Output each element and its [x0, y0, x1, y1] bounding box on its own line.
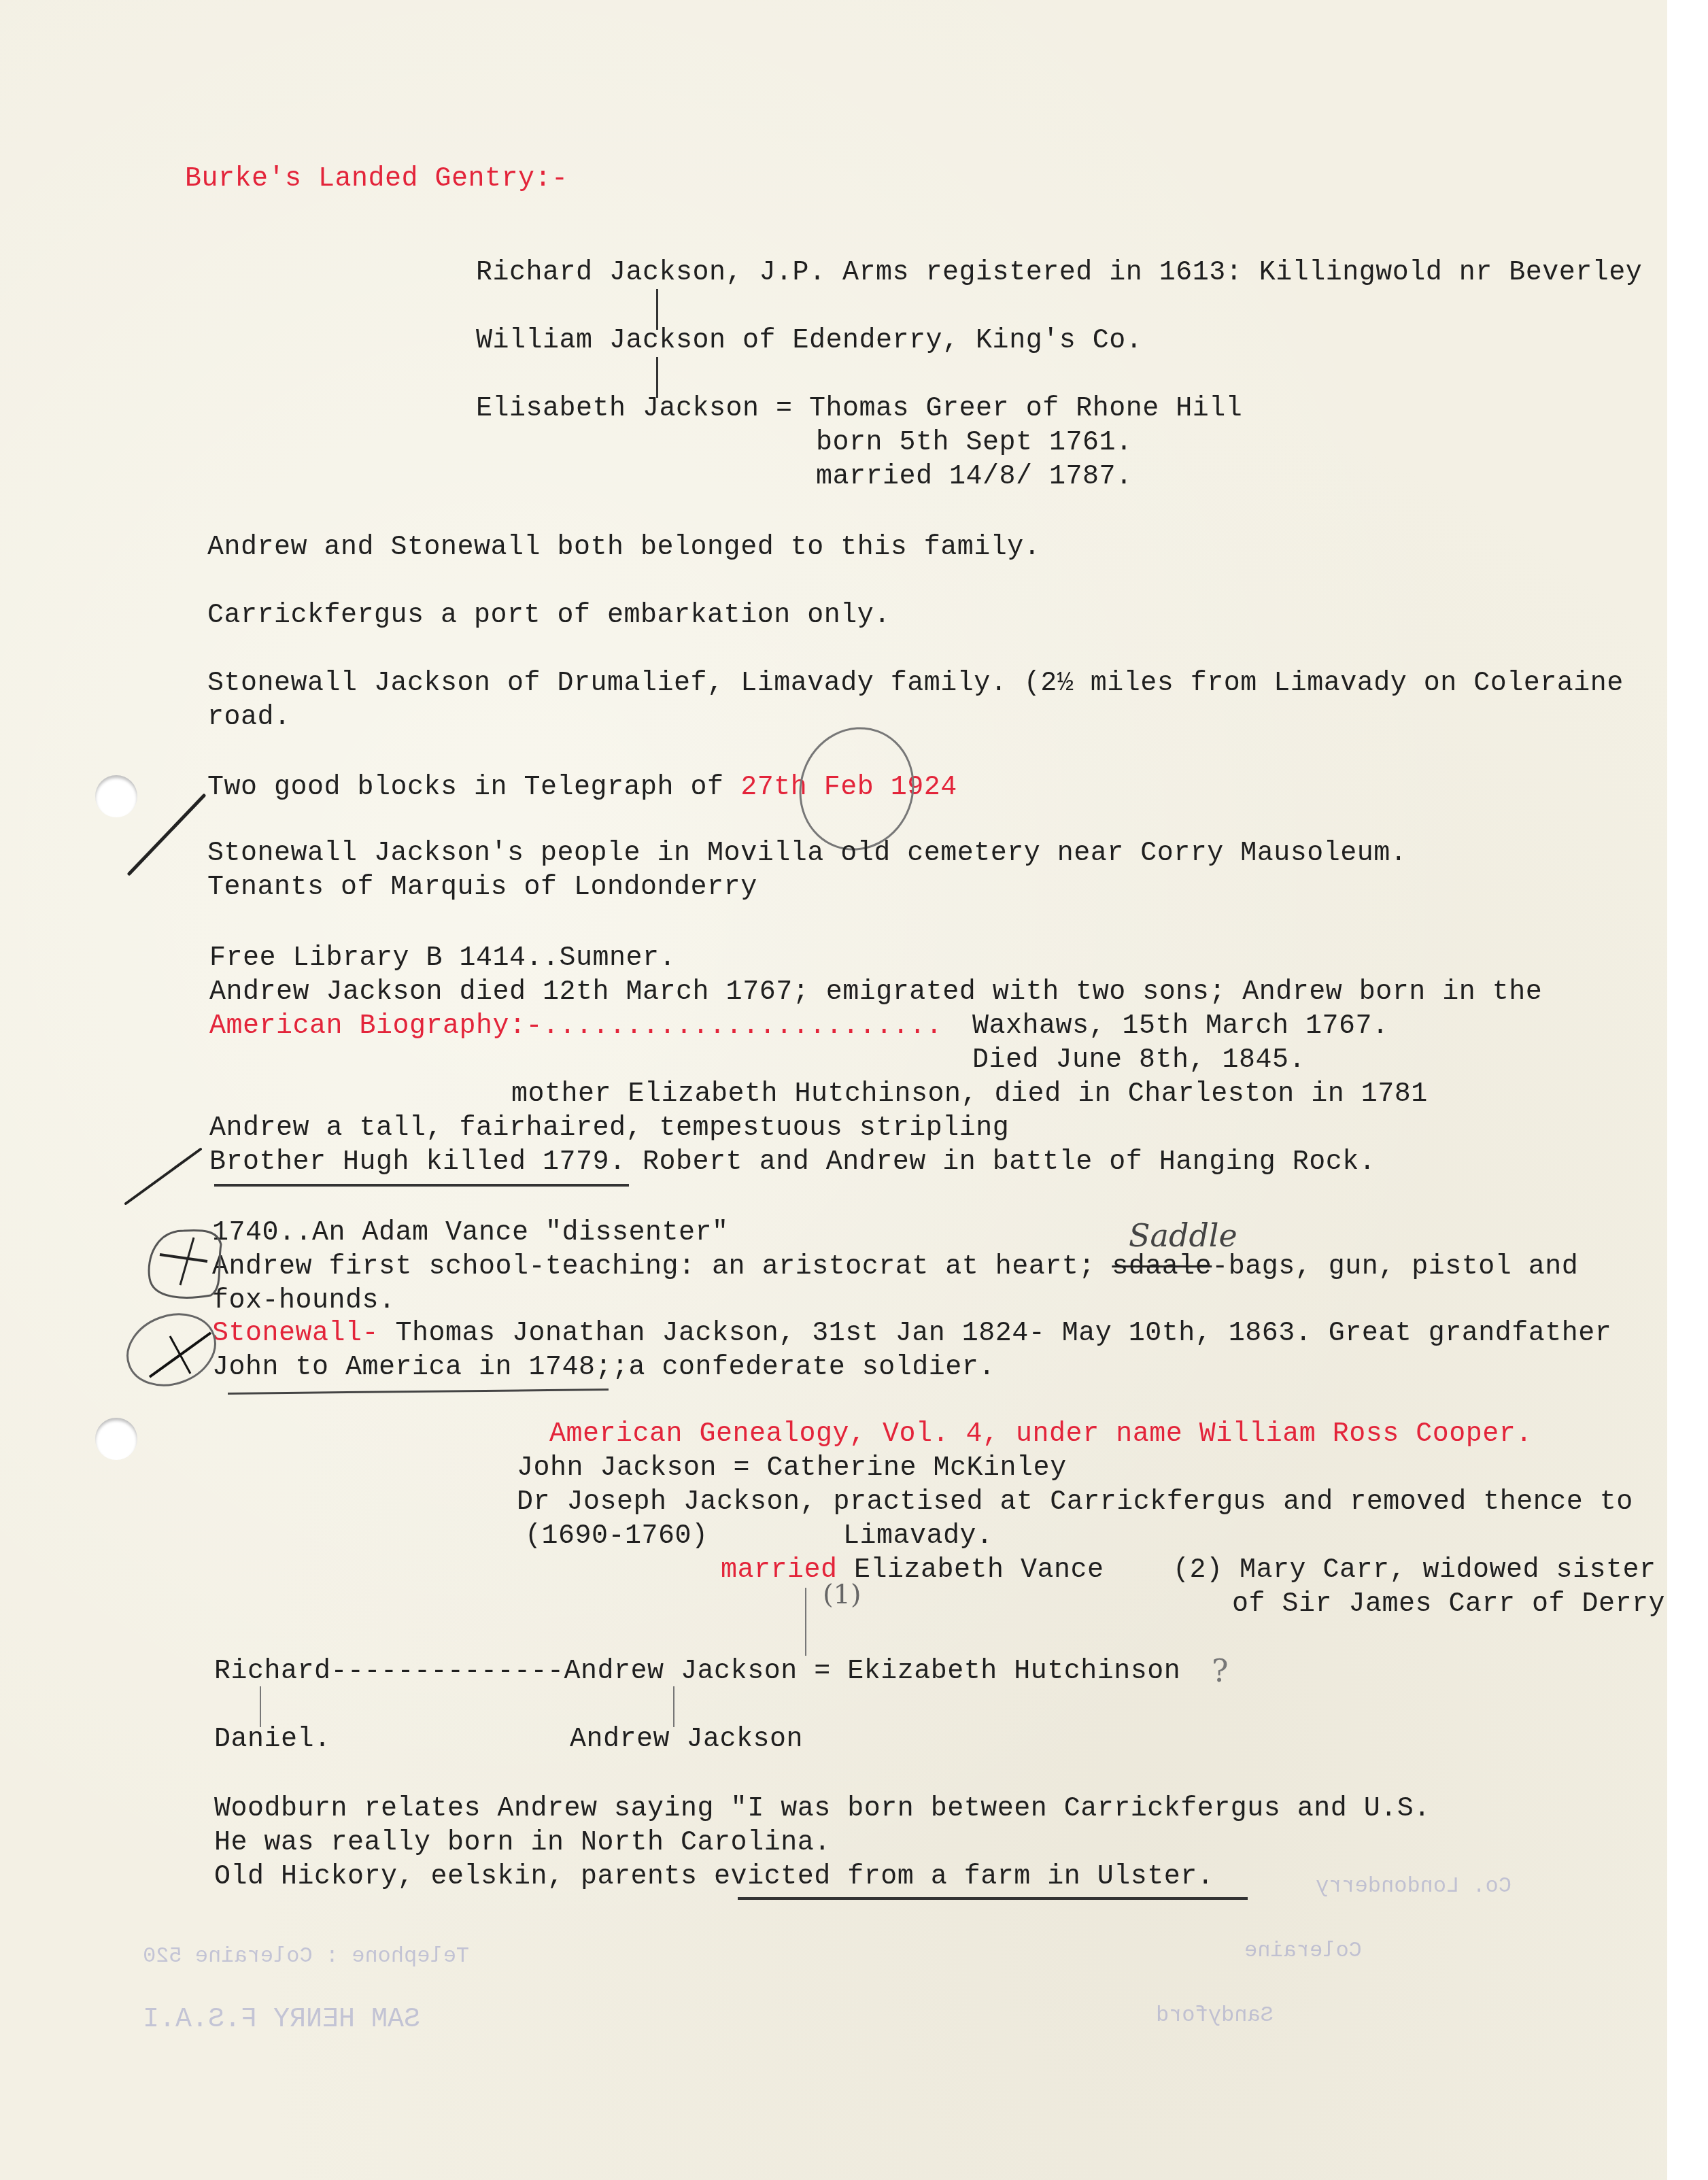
- note-movilla: Stonewall Jackson's people in Movilla ol…: [207, 838, 1407, 870]
- stonewall-line: Stonewall- Thomas Jonathan Jackson, 31st…: [212, 1318, 1611, 1350]
- note-drumalief: Stonewall Jackson of Drumalief, Limavady…: [207, 668, 1624, 700]
- school-teaching: Andrew first school-teaching: an aristoc…: [212, 1251, 1578, 1284]
- tree-connector: [673, 1686, 674, 1727]
- andrew-stripling: Andrew a tall, fairhaired, tempestuous s…: [209, 1112, 1009, 1145]
- james-carr: of Sir James Carr of Derry: [1232, 1588, 1665, 1621]
- tree-connector: [656, 289, 658, 330]
- stonewall-john: John to America in 1748;;a confederate s…: [212, 1352, 995, 1384]
- limavady: Limavady.: [843, 1520, 993, 1553]
- fox-hounds: fox-hounds.: [212, 1285, 396, 1318]
- old-hickory: Old Hickory, eelskin, parents evicted fr…: [214, 1861, 1214, 1894]
- brother-hugh: Brother Hugh killed 1779. Robert and And…: [209, 1146, 1376, 1179]
- handwritten-saddle: Saddle: [1129, 1217, 1237, 1254]
- pencil-circled-cross: [143, 1224, 231, 1306]
- pencil-circled-cross: [122, 1309, 224, 1391]
- telegraph-text: Two good blocks in Telegraph of: [207, 772, 740, 803]
- daniel: Daniel.: [214, 1724, 331, 1756]
- bleed-through-text: Sandyford: [1156, 2003, 1274, 2028]
- pencil-underline: [738, 1897, 1248, 1900]
- bleed-through-text: SAM HENRY F.S.A.I: [143, 2005, 420, 2035]
- married-vance: married Elizabeth Vance: [721, 1554, 1104, 1587]
- note-drumalief-cont: road.: [207, 702, 291, 734]
- burke-line-born: born 5th Sept 1761.: [816, 427, 1133, 460]
- died-june: Died June 8th, 1845.: [972, 1044, 1305, 1077]
- heading-burkes-landed-gentry: Burke's Landed Gentry:-: [185, 163, 568, 196]
- pencil-tick-mark: [116, 789, 211, 884]
- free-library: Free Library B 1414..Sumner.: [209, 942, 676, 975]
- adam-vance: 1740..An Adam Vance "dissenter": [212, 1217, 729, 1250]
- bleed-through-text: Telephone : Coleraine 520: [143, 1943, 469, 1969]
- burke-line-william: William Jackson of Edenderry, King's Co.: [476, 325, 1142, 358]
- waxhaws: Waxhaws, 15th March 1767.: [972, 1010, 1389, 1043]
- richard-andrew-line: Richard--------------Andrew Jackson = Ek…: [214, 1656, 1180, 1688]
- bleed-through-text: Coleraine: [1244, 1938, 1362, 1963]
- burke-line-married: married 14/8/ 1787.: [816, 461, 1133, 494]
- note-family: Andrew and Stonewall both belonged to th…: [207, 532, 1040, 564]
- pencil-underline: [214, 1184, 629, 1187]
- struck-word: sdaale: [1112, 1252, 1212, 1282]
- tree-connector: [260, 1686, 261, 1727]
- north-carolina: He was really born in North Carolina.: [214, 1827, 831, 1860]
- joseph-dates: (1690-1760): [525, 1520, 708, 1553]
- mary-carr: (2) Mary Carr, widowed sister: [1173, 1554, 1656, 1587]
- dr-joseph: Dr Joseph Jackson, practised at Carrickf…: [517, 1486, 1633, 1519]
- tree-connector: [656, 357, 658, 398]
- bleed-through-text: Co. Londonderry: [1316, 1873, 1511, 1898]
- note-tenants: Tenants of Marquis of Londonderry: [207, 872, 757, 904]
- john-jackson: John Jackson = Catherine McKinley: [517, 1452, 1067, 1485]
- handwritten-question: ?: [1212, 1652, 1229, 1689]
- burke-line-richard: Richard Jackson, J.P. Arms registered in…: [476, 257, 1642, 290]
- pencil-tick-mark: [116, 1142, 211, 1210]
- andrew-died: Andrew Jackson died 12th March 1767; emi…: [209, 976, 1542, 1009]
- american-genealogy-heading: American Genealogy, Vol. 4, under name W…: [549, 1418, 1533, 1451]
- note-carrickfergus: Carrickfergus a port of embarkation only…: [207, 600, 891, 632]
- stonewall-label: Stonewall-: [212, 1318, 379, 1349]
- woodburn-line: Woodburn relates Andrew saying "I was bo…: [214, 1793, 1431, 1826]
- punch-hole-bottom: [95, 1418, 137, 1460]
- mother-elizabeth: mother Elizabeth Hutchinson, died in Cha…: [511, 1078, 1428, 1111]
- burke-line-elisabeth: Elisabeth Jackson = Thomas Greer of Rhon…: [476, 393, 1242, 426]
- tree-connector: [805, 1588, 806, 1656]
- andrew-jackson-son: Andrew Jackson: [570, 1724, 803, 1756]
- handwritten-marker-1: (1): [823, 1579, 861, 1610]
- american-biography-label: American Biography:-....................…: [209, 1010, 942, 1043]
